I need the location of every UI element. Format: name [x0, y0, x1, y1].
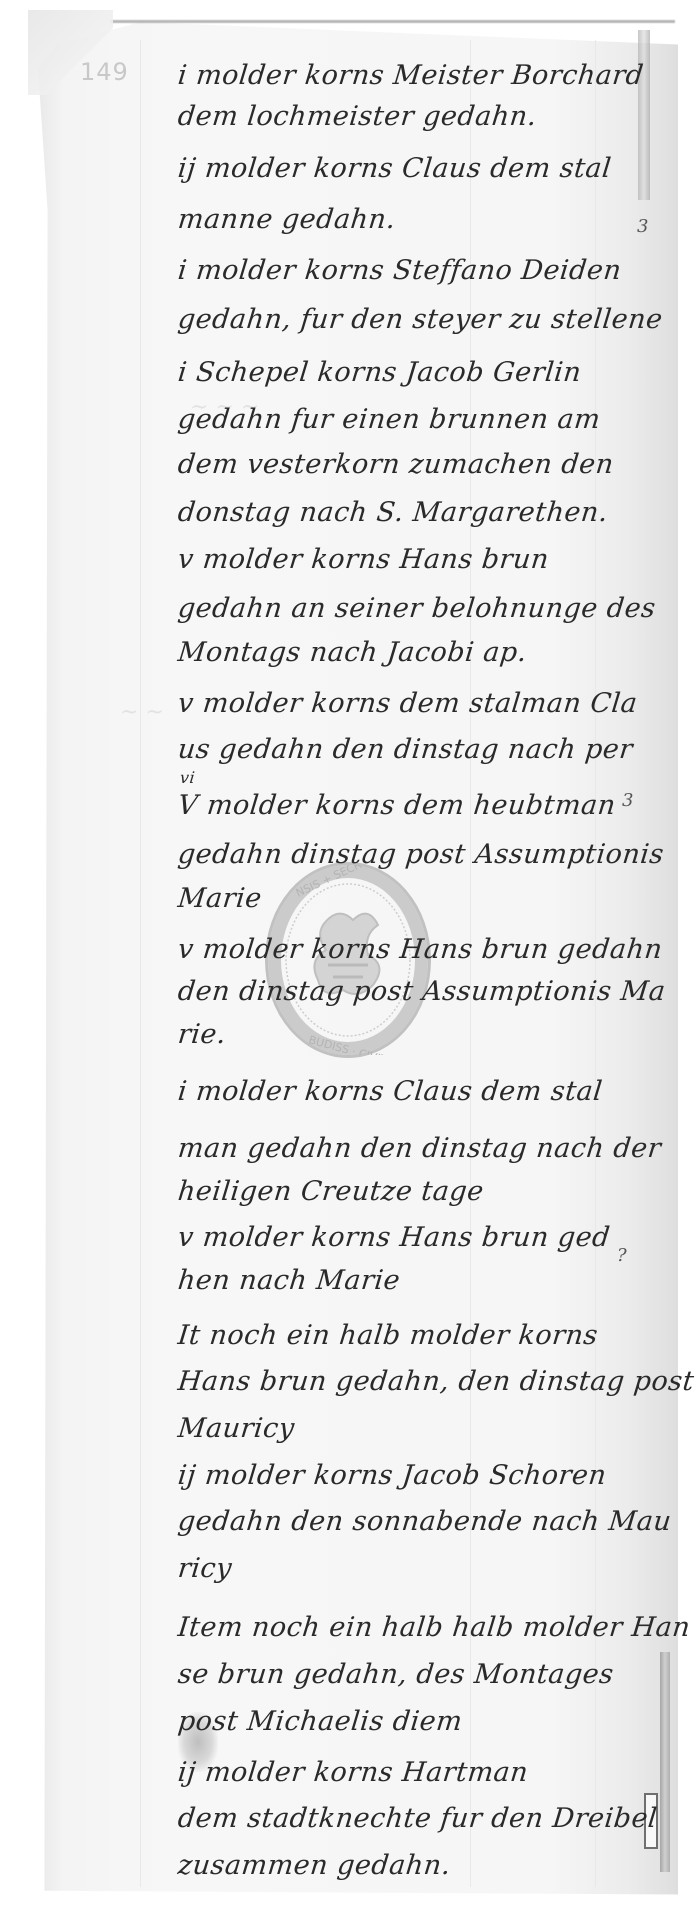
manuscript-line: i Schepel korns Jacob Gerlin: [176, 357, 583, 388]
manuscript-line: zusammen gedahn.: [176, 1850, 452, 1881]
manuscript-line: ij molder korns Hartman: [176, 1757, 529, 1788]
binding-strip-bottom: [660, 1652, 670, 1872]
manuscript-line: v molder korns Hans brun ged: [176, 1222, 611, 1253]
manuscript-line: gedahn, fur den steyer zu stellene: [176, 304, 664, 335]
manuscript-line: ij molder korns Jacob Schoren: [176, 1460, 608, 1491]
manuscript-line: rie.: [176, 1019, 227, 1050]
manuscript-line: man gedahn den dinstag nach der: [176, 1133, 662, 1164]
manuscript-line: dem lochmeister gedahn.: [176, 101, 538, 132]
manuscript-line: Marie: [176, 883, 263, 914]
svg-text:NSIS + SECR: NSIS + SECR: [294, 865, 364, 900]
manuscript-line: v molder korns Hans brun gedahn: [176, 934, 664, 965]
manuscript-line: us gedahn den dinstag nach per: [176, 734, 634, 765]
manuscript-line: dem stadtknechte fur den Dreibel: [176, 1803, 658, 1834]
svg-text:BUDISS · CIVITATIS: BUDISS · CIVITATIS: [307, 1033, 410, 1055]
manuscript-line: Montags nach Jacobi ap.: [176, 637, 528, 668]
manuscript-line: hen nach Marie: [176, 1265, 401, 1296]
manuscript-line: manne gedahn.: [176, 204, 397, 235]
manuscript-line: Hans brun gedahn, den dinstag post: [176, 1366, 695, 1397]
margin-mark: 3: [637, 216, 648, 237]
manuscript-line: v molder korns Hans brun: [176, 544, 550, 575]
bleed-through-text: ~ ~: [120, 700, 164, 725]
manuscript-line: gedahn dinstag post Assumptionis: [176, 839, 665, 870]
page-top-edge: [110, 20, 675, 23]
manuscript-line: donstag nach S. Margarethen.: [176, 497, 609, 528]
manuscript-line: V molder korns dem heubtman: [176, 790, 617, 821]
manuscript-line: ij molder korns Claus dem stal: [176, 153, 613, 184]
binding-strip-top: [638, 30, 650, 200]
manuscript-line: heiligen Creutze tage: [176, 1176, 485, 1207]
margin-mark: 3: [622, 790, 633, 811]
manuscript-line: i molder korns Claus dem stal: [176, 1076, 604, 1107]
manuscript-line: i molder korns Steffano Deiden: [176, 255, 623, 286]
manuscript-line: i molder korns Meister Borchard: [176, 60, 645, 91]
manuscript-line: ricy: [176, 1553, 233, 1584]
manuscript-line: den dinstag post Assumptionis Ma: [176, 976, 667, 1007]
manuscript-line: post Michaelis diem: [176, 1706, 464, 1737]
manuscript-line: gedahn an seiner belohnunge des: [176, 593, 657, 624]
manuscript-line: gedahn den sonnabende nach Mau: [176, 1506, 673, 1537]
manuscript-line: vi: [179, 768, 196, 787]
manuscript-line: gedahn fur einen brunnen am: [176, 404, 602, 435]
paper-crease: [140, 40, 141, 1887]
manuscript-line: It noch ein halb molder korns: [176, 1320, 599, 1351]
manuscript-line: se brun gedahn, des Montages: [176, 1659, 615, 1690]
manuscript-line: v molder korns dem stalman Cla: [176, 688, 639, 719]
manuscript-line: Item noch ein halb halb molder Han: [176, 1612, 692, 1643]
margin-mark: ?: [617, 1245, 627, 1266]
manuscript-line: dem vesterkorn zumachen den: [176, 449, 615, 480]
manuscript-line: Mauricy: [176, 1413, 296, 1444]
folio-number: 149: [80, 58, 129, 86]
